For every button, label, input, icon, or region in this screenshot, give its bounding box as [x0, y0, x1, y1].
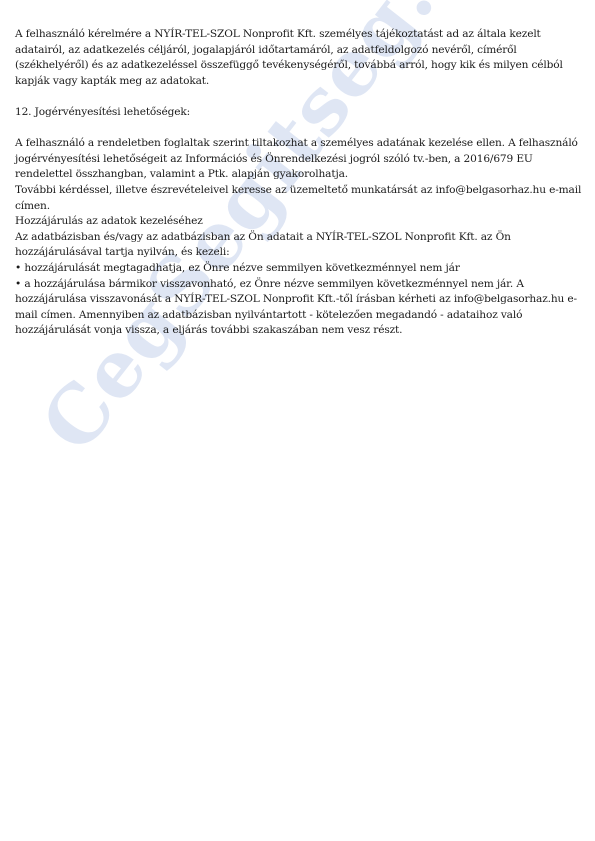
consent-heading: Hozzájárulás az adatok kezeléséhez — [15, 214, 585, 230]
section-heading: 12. Jogérvényesítési lehetőségek: — [15, 105, 585, 121]
document-body: A felhasználó kérelmére a NYÍR-TEL-SZOL … — [15, 27, 585, 339]
consent-paragraph: Az adatbázisban és/vagy az adatbázisban … — [15, 230, 585, 261]
contact-paragraph: További kérdéssel, illetve észrevételeiv… — [15, 183, 585, 214]
rights-paragraph: A felhasználó a rendeletben foglaltak sz… — [15, 136, 585, 183]
consent-bullet-2: • a hozzájárulása bármikor visszavonható… — [15, 277, 585, 339]
consent-bullet-1: • hozzájárulását megtagadhatja, ez Önre … — [15, 261, 585, 277]
intro-paragraph: A felhasználó kérelmére a NYÍR-TEL-SZOL … — [15, 27, 585, 89]
document-page: CegSegitseg.hu © A felhasználó kérelmére… — [0, 0, 595, 841]
